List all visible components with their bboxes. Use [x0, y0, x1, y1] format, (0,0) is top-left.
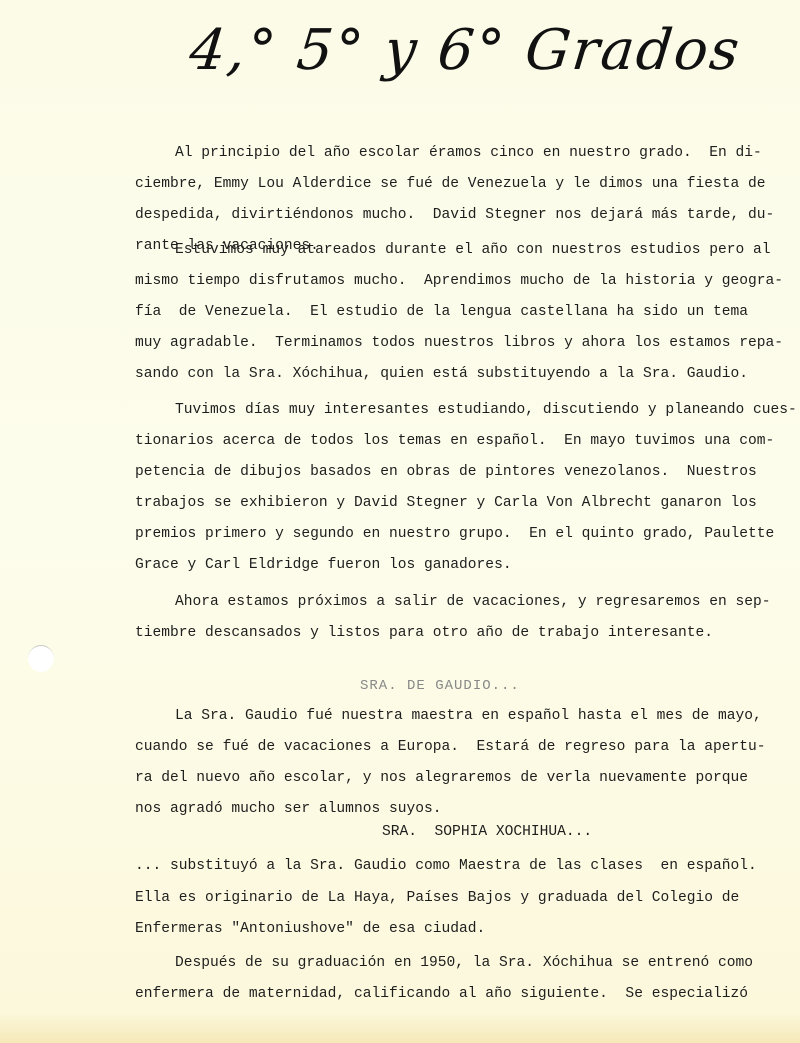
text-line: premios primero y segundo en nuestro gru…	[135, 525, 774, 543]
text-line: tionarios acerca de todos los temas en e…	[135, 432, 774, 450]
text-line: despedida, divirtiéndonos mucho. David S…	[135, 206, 774, 224]
text-line: Grace y Carl Eldridge fueron los ganador…	[135, 556, 512, 574]
text-line: ... substituyó a la Sra. Gaudio como Mae…	[135, 857, 757, 875]
text-line: enfermera de maternidad, calificando al …	[135, 985, 748, 1003]
text-line: petencia de dibujos basados en obras de …	[135, 463, 757, 481]
section-heading-xochihua: SRA. SOPHIA XOCHIHUA...	[382, 824, 592, 840]
text-line: cuando se fué de vacaciones a Europa. Es…	[135, 738, 766, 756]
text-line: Después de su graduación en 1950, la Sra…	[175, 954, 753, 972]
text-line: trabajos se exhibieron y David Stegner y…	[135, 494, 757, 512]
text-line: Tuvimos días muy interesantes estudiando…	[175, 401, 797, 419]
text-line: Ella es originario de La Haya, Países Ba…	[135, 889, 739, 907]
text-line: tiembre descansados y listos para otro a…	[135, 624, 713, 642]
text-line: muy agradable. Terminamos todos nuestros…	[135, 334, 783, 352]
punch-hole	[28, 645, 54, 672]
text-line: fía de Venezuela. El estudio de la lengu…	[135, 303, 748, 321]
text-line: ciembre, Emmy Lou Alderdice se fué de Ve…	[135, 175, 766, 193]
document-page: 4,° 5° y 6° Grados Al principio del año …	[0, 0, 800, 1043]
text-line: nos agradó mucho ser alumnos suyos.	[135, 800, 442, 818]
text-line: mismo tiempo disfrutamos mucho. Aprendim…	[135, 272, 783, 290]
text-line: La Sra. Gaudio fué nuestra maestra en es…	[175, 707, 762, 725]
text-line: Enfermeras "Antoniushove" de esa ciudad.	[135, 920, 485, 938]
text-line: ra del nuevo año escolar, y nos alegrare…	[135, 769, 748, 787]
text-line: Ahora estamos próximos a salir de vacaci…	[175, 593, 771, 611]
section-heading-gaudio: SRA. DE GAUDIO...	[360, 678, 520, 694]
page-title: 4,° 5° y 6° Grados	[187, 18, 745, 83]
text-line: sando con la Sra. Xóchihua, quien está s…	[135, 365, 748, 383]
text-line: Al principio del año escolar éramos cinc…	[175, 144, 762, 162]
text-line: Estuvimos muy atareados durante el año c…	[175, 241, 771, 259]
